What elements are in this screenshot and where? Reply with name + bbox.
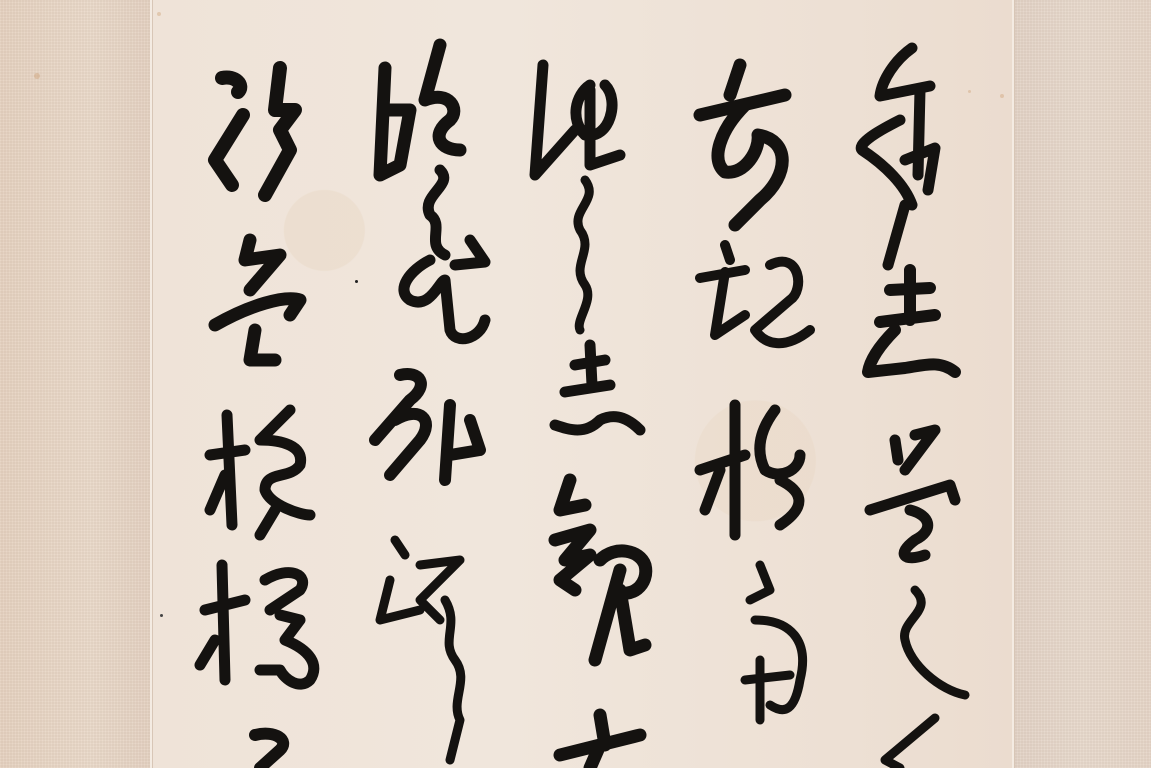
column-3: [535, 65, 646, 768]
char-shui: [380, 540, 461, 760]
column-5: [200, 68, 314, 768]
char-qi: [700, 65, 785, 225]
char-jue: [210, 410, 310, 535]
column-1: [861, 48, 965, 768]
char-zhi-2: [905, 590, 965, 695]
char-ji: [700, 245, 810, 343]
char-zhi-3: [578, 180, 589, 330]
char-gao-2: [200, 565, 314, 684]
column-2: [700, 65, 810, 720]
char-ji-2: [700, 405, 800, 535]
char-zhi-4: [555, 345, 640, 430]
char-zhi: [868, 270, 955, 372]
char-guan: [555, 480, 646, 660]
char-ni: [535, 65, 620, 175]
char-xue: [870, 430, 955, 558]
char-zhi-5: [255, 734, 283, 768]
calligraphy-ink: [0, 0, 1151, 768]
char-shui-2: [215, 68, 295, 195]
char-partial: [885, 718, 935, 768]
char-wei: [215, 240, 300, 360]
column-4: [375, 45, 485, 760]
char-lu: [380, 45, 460, 175]
char-nian: [861, 48, 935, 265]
char-gao: [745, 565, 803, 720]
char-qian: [375, 374, 480, 480]
char-tuo: [404, 170, 485, 339]
char-da: [560, 715, 640, 768]
